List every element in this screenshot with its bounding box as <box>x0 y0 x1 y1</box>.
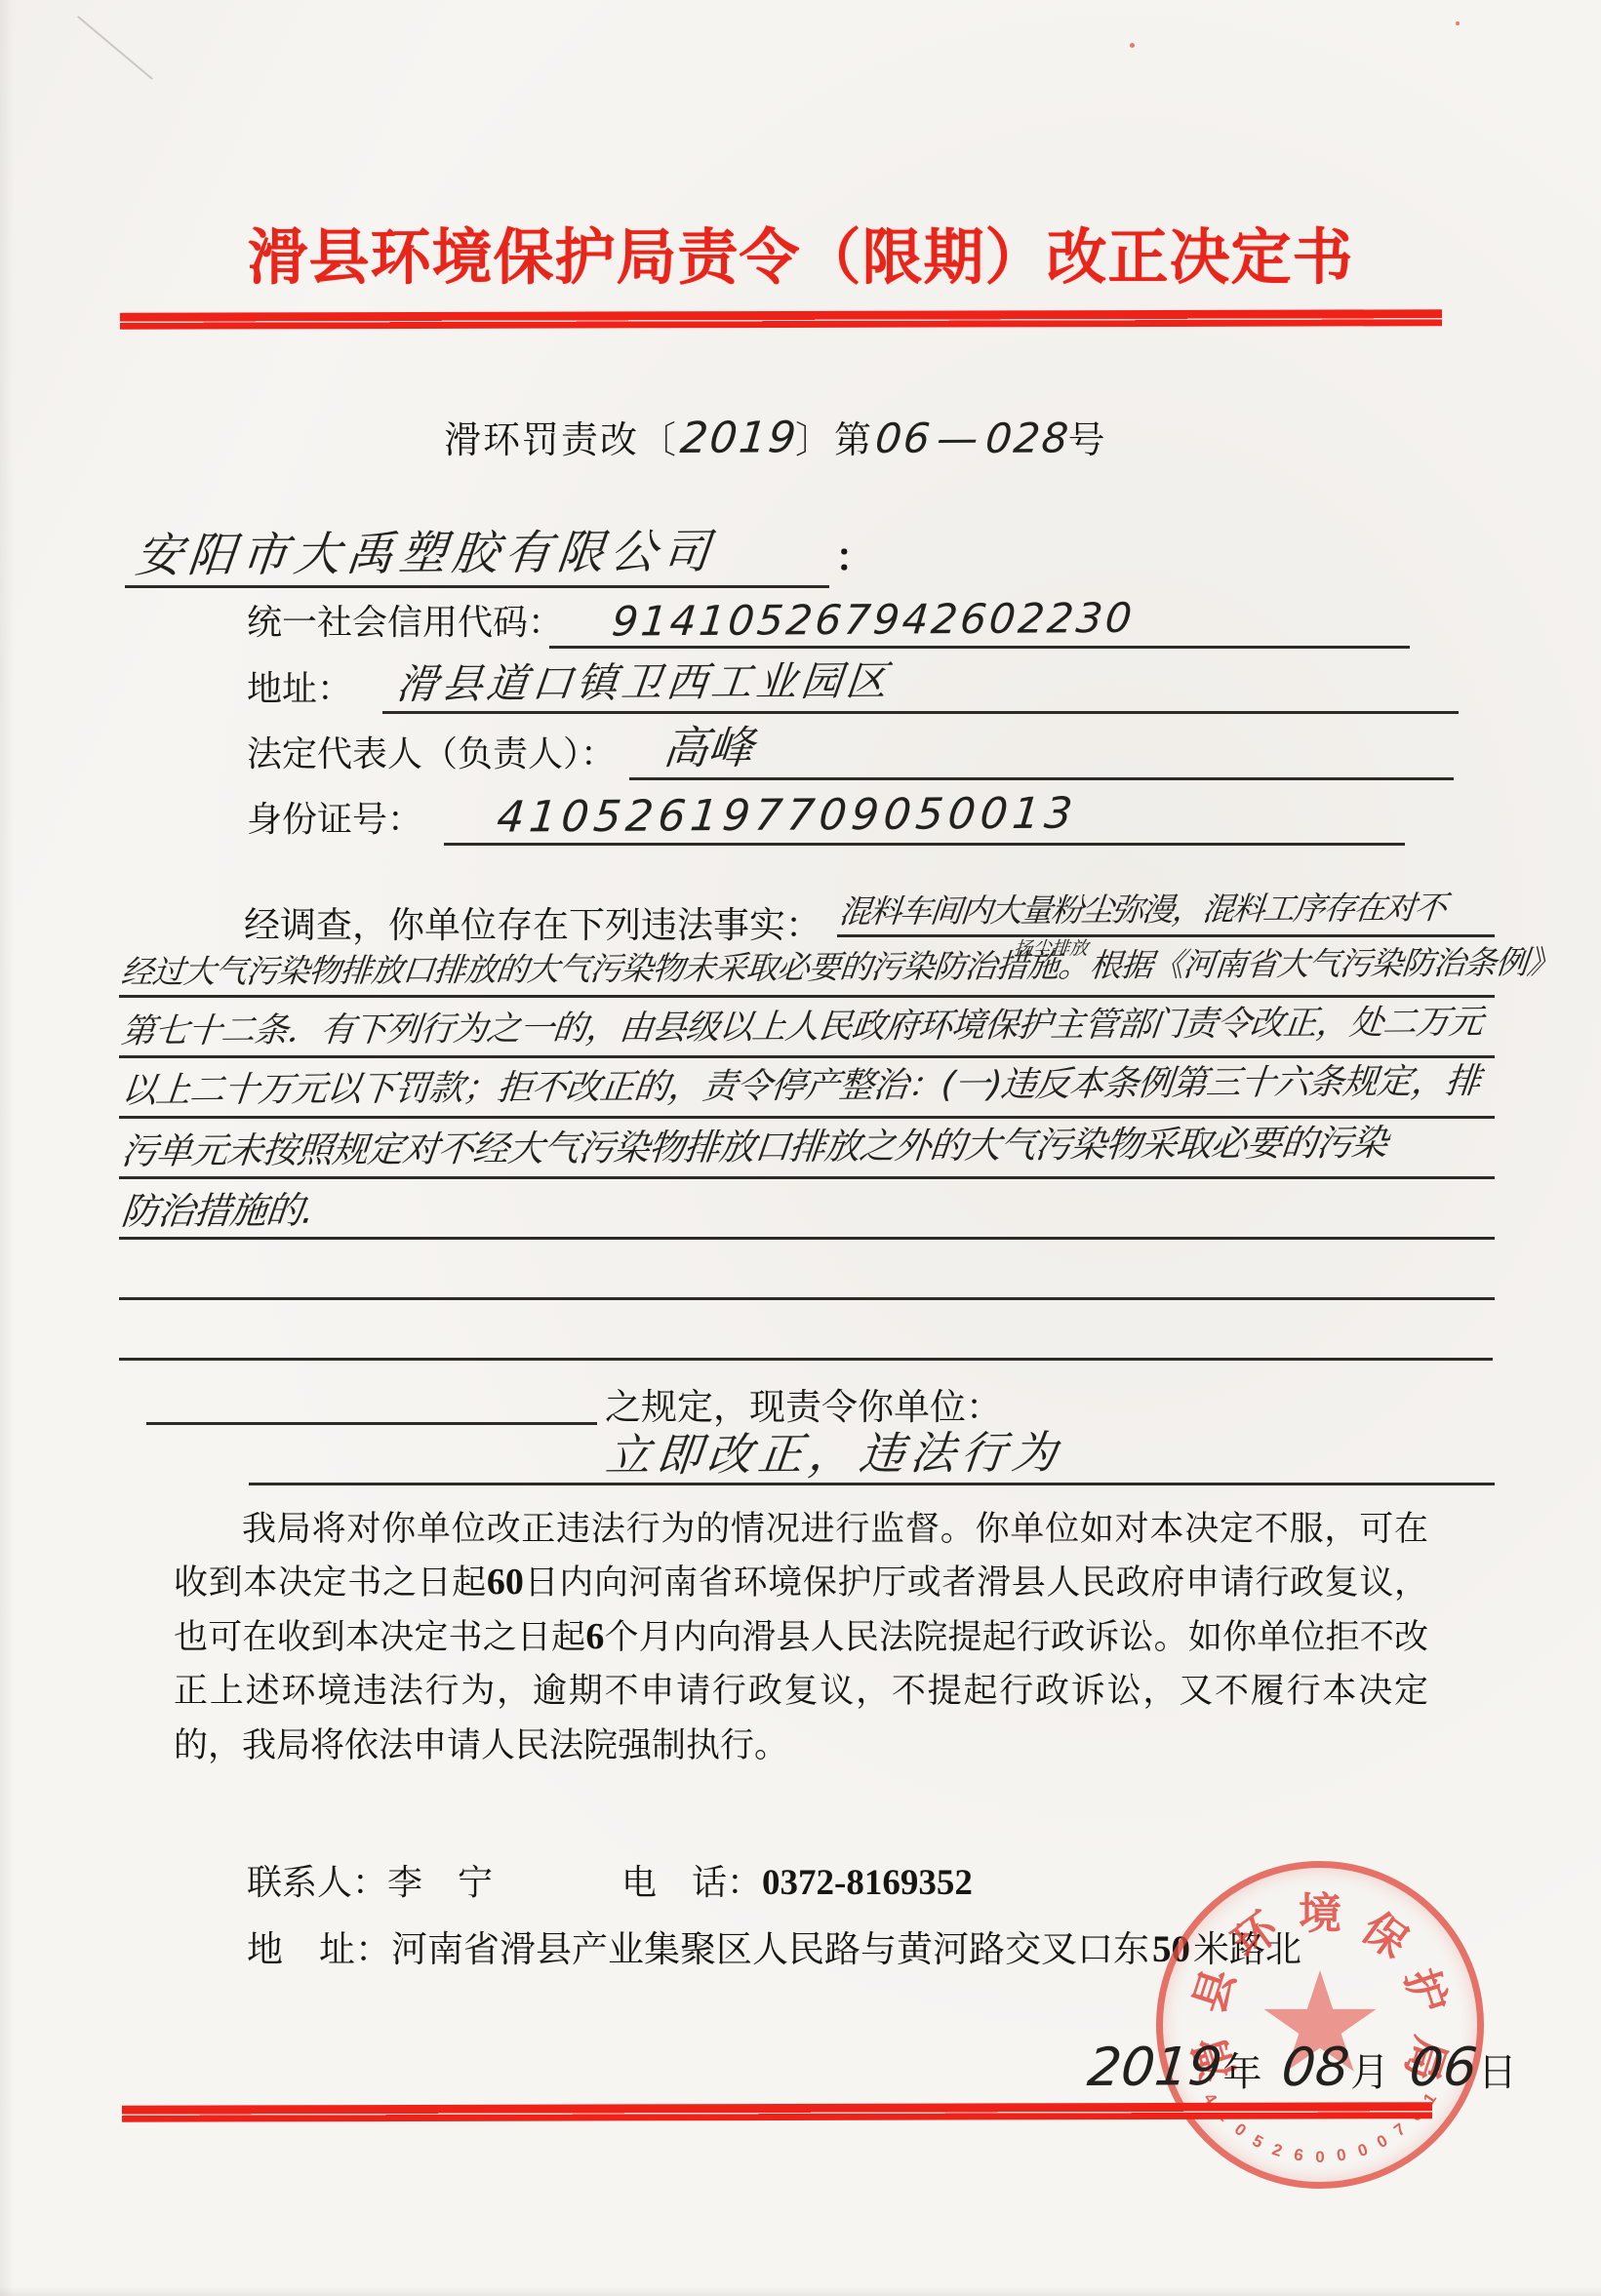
contact-address-label: 地 址： <box>247 1930 391 1970</box>
stamp-arc-char: 护 <box>1393 1960 1465 2020</box>
facts-line-4-text: 以上二十万元以下罚款；拒不改正的，责令停产整治：(一)违反本条例第三十六条规定，… <box>119 1059 1482 1116</box>
red-speck <box>1456 21 1460 25</box>
stamp-serial-digit: 0 <box>1230 2119 1250 2141</box>
contact-phone-number: 0372-8169352 <box>762 1863 973 1903</box>
stamp-serial-digit: 0 <box>1336 2146 1348 2166</box>
docnum-close: 〕第 <box>795 420 873 461</box>
facts-line-5: 污单元未按照规定对不经大气污染物排放口排放之外的大气污染物采取必要的污染 <box>119 1120 1495 1179</box>
notice-days-60: 60 <box>487 1562 524 1603</box>
docnum-prefix: 滑环罚责改〔 <box>444 420 678 461</box>
docnum-suffix: 号 <box>1068 420 1107 461</box>
docnum-dash-handwritten: — <box>935 415 982 462</box>
contact-phone-label: 电 话： <box>621 1863 762 1902</box>
field-value-address: 滑县道口镇卫西工业园区 <box>382 649 894 711</box>
field-underline-id-number: 410526197709050013 <box>444 770 1405 846</box>
stamp-arc-char: 县 <box>1175 1960 1247 2020</box>
field-underline-address: 滑县道口镇卫西工业园区 <box>382 639 1459 714</box>
notice-paragraph: 我局将对你单位改正违法行为的情况进行监督。你单位如对本决定不服，可在收到本决定书… <box>174 1502 1428 1772</box>
blank-underline-2 <box>119 1301 1493 1361</box>
stamp-serial-digit: 6 <box>1293 2146 1305 2166</box>
stamp-serial-digit: 7 <box>1391 2119 1411 2141</box>
facts-line-5-text: 污单元未按照规定对不经大气污染物排放口排放之外的大气污染物采取必要的污染 <box>119 1119 1389 1176</box>
stamp-arc-char: 保 <box>1352 1894 1423 1970</box>
field-underline-credit-code: 914105267942602230 <box>549 574 1410 649</box>
facts-insertion-note: 扬尘排放 <box>1013 933 1090 961</box>
stamp-serial-digit: 0 <box>1374 2131 1391 2153</box>
field-label-id-number: 身份证号： <box>247 792 422 842</box>
date-day-handwritten: 06 <box>1407 2037 1480 2098</box>
facts-line-4: 以上二十万元以下罚款；拒不改正的，责令停产整治：(一)违反本条例第三十六条规定，… <box>119 1059 1495 1119</box>
facts-line-1: 混料车间内大量粉尘弥漫，混料工序存在对不 <box>837 878 1495 937</box>
issue-date-row: 2019年08月06日 <box>1085 2037 1521 2098</box>
date-month-label: 月 <box>1350 2050 1389 2094</box>
clause-left-underline <box>146 1366 597 1425</box>
stamp-serial-digit: 0 <box>1315 2148 1324 2167</box>
facts-line-1-text: 混料车间内大量粉尘弥漫，混料工序存在对不 <box>837 887 1447 934</box>
notice-months-6: 6 <box>585 1616 604 1657</box>
stamp-serial-digit: 0 <box>1355 2140 1370 2161</box>
contact-person-row: 联系人：李 宁电 话：0372-8169352 <box>247 1855 973 1905</box>
docnum-second-handwritten: 028 <box>983 414 1072 462</box>
facts-line-3: 第七十二条．有下列行为之一的，由县级以上人民政府环境保护主管部门责令改正，处二万… <box>119 999 1495 1058</box>
stamp-arc-char: 境 <box>1299 1879 1341 1941</box>
date-year-label: 年 <box>1222 2050 1261 2094</box>
facts-line-6: 防治措施的. <box>119 1180 1495 1240</box>
paper-fold-line <box>77 16 153 80</box>
official-seal-stamp: 滑县环境保护局 4105260000761 <box>1156 1861 1484 2189</box>
bottom-red-band <box>122 2102 1432 2122</box>
field-value-legal-rep: 高峰 <box>629 712 757 777</box>
contact-address-pre: 河南省滑县产业集聚区人民路与黄河路交叉口东 <box>391 1930 1149 1970</box>
red-speck <box>1130 43 1135 48</box>
contact-address-row: 地 址：河南省滑县产业集聚区人民路与黄河路交叉口东50米路北 <box>247 1920 1301 1972</box>
date-year-handwritten: 2019 <box>1085 2036 1225 2098</box>
facts-line-3-text: 第七十二条．有下列行为之一的，由县级以上人民政府环境保护主管部门责令改正，处二万… <box>119 1000 1485 1055</box>
contact-person-name: 李 宁 <box>387 1863 493 1902</box>
document-title: 滑县环境保护局责令（限期）改正决定书 <box>0 209 1601 296</box>
stamp-arc-char: 环 <box>1217 1894 1288 1970</box>
date-month-handwritten: 08 <box>1279 2037 1352 2098</box>
docnum-year-handwritten: 2019 <box>678 413 800 463</box>
docnum-first-handwritten: 06 <box>873 415 934 462</box>
document-number-line: 滑环罚责改〔2019〕第06—028号 <box>444 410 1107 463</box>
facts-line-6-text: 防治措施的. <box>119 1185 315 1237</box>
date-day-label: 日 <box>1478 2050 1517 2094</box>
facts-line-2: 经过大气污染物排放口排放的大气污染物未采取必要的污染防治措施。根据《河南省大气污… <box>119 938 1495 998</box>
blank-underline-1 <box>119 1241 1495 1300</box>
field-value-id-number: 410526197709050013 <box>444 788 1079 843</box>
facts-line-2-text: 经过大气污染物排放口排放的大气污染物未采取必要的污染防治措施。根据《河南省大气污… <box>119 941 1560 995</box>
scanned-document-page: 滑县环境保护局责令（限期）改正决定书 滑环罚责改〔2019〕第06—028号 安… <box>0 0 1601 2296</box>
order-handwritten: 立即改正，违法行为 <box>603 1417 1066 1484</box>
field-label-address: 地址： <box>247 661 352 711</box>
title-divider-red-band <box>120 309 1442 330</box>
contact-person-label: 联系人： <box>247 1863 387 1902</box>
field-label-credit-code: 统一社会信用代码： <box>247 595 563 645</box>
stamp-serial-digit: 2 <box>1270 2140 1285 2161</box>
stamp-serial-digit: 5 <box>1249 2131 1266 2153</box>
